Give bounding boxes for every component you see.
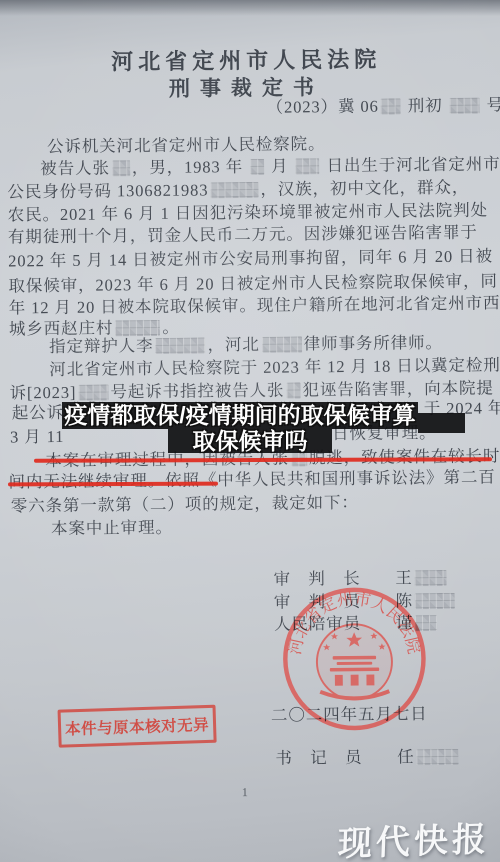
- doc-text: 指定辩护人李: [49, 336, 154, 356]
- doc-line: 有期徒刑十个月，罚金人民币二万元。因涉嫌犯诬告陷害罪于: [0, 218, 498, 243]
- doc-text: ，河北: [207, 335, 259, 355]
- redaction-mosaic: [450, 98, 480, 114]
- doc-text: 本案中止审理。: [51, 518, 173, 538]
- verification-stamp: 本件与原本核对无异: [58, 705, 217, 748]
- redaction-mosaic: [210, 182, 258, 199]
- doc-line: 零六条第一款第（二）项的规定，裁定如下：: [1, 487, 500, 512]
- doc-line: 公诉机关河北省定州市人民检察院。: [0, 128, 497, 153]
- doc-text: 日出生于河北省定州市，: [321, 154, 500, 175]
- redaction-mosaic: [417, 749, 459, 765]
- news-photo-of-court-ruling: 河北省定州市人民法院 刑事裁定书 （2023）冀 06 刑初 号公诉机关河北省定…: [0, 0, 500, 862]
- verification-stamp-text: 本件与原本核对无异: [65, 713, 210, 740]
- redaction-mosaic: [155, 337, 205, 354]
- doc-line-part: 本案中止审理。: [51, 514, 173, 539]
- doc-line-part: 日恢复审理。: [332, 419, 437, 444]
- doc-line: （2023）冀 06 刑初 号: [0, 91, 497, 116]
- redaction-mosaic: [381, 98, 401, 114]
- doc-text: 3 月 11: [10, 427, 64, 447]
- doc-line-part: （2023）冀 06 刑初 号: [266, 91, 500, 117]
- court-seal: 河北省定州市人民法院: [280, 584, 430, 734]
- doc-text: ，男，1983 年: [132, 157, 248, 177]
- doc-line-part: 2022 年 5 月 14 日被定州市公安局刑事拘留，同年 6 月 20 日被: [8, 242, 493, 271]
- court-document: 河北省定州市人民法院 刑事裁定书 （2023）冀 06 刑初 号公诉机关河北省定…: [0, 0, 500, 862]
- doc-line-part: 起公诉，: [12, 399, 82, 424]
- doc-text: （2023）冀 06: [267, 97, 379, 117]
- redaction-mosaic: [112, 160, 130, 176]
- redaction-mosaic: [291, 450, 307, 466]
- doc-text: 月: [266, 157, 294, 176]
- doc-text: 公民身份号码 1306821983: [7, 180, 208, 201]
- page-number: 1: [242, 785, 248, 800]
- doc-line: 取保候审，2023 年 6 月 20 日被定州市人民检察院取保候审，同: [0, 267, 499, 292]
- doc-text: 书 记 员 任: [275, 747, 414, 767]
- doc-text: ，汉族，初中文化，群众，: [260, 178, 469, 199]
- doc-line: 起公诉，于 2024 年: [0, 394, 500, 419]
- redaction-mosaic: [250, 159, 264, 175]
- doc-line: 河北省定州市人民检察院于 2023 年 12 月 18 日以冀定检刑: [0, 351, 499, 376]
- doc-text: 2022 年 5 月 14 日被定州市公安局刑事拘留，同年 6 月 20 日被: [8, 246, 493, 270]
- doc-text: 于 2024 年: [424, 398, 500, 418]
- doc-line-part: 书 记 员 任: [275, 743, 460, 769]
- doc-line: 公民身份号码 1306821983，汉族，初中文化，群众，: [0, 173, 498, 198]
- doc-text: 号: [481, 95, 500, 114]
- doc-line-part: 3 月 11: [10, 423, 65, 448]
- doc-line-part: 于 2024 年: [424, 394, 500, 419]
- doc-line: 本案中止审理。: [1, 510, 500, 535]
- doc-line: 指定辩护人李，河北律师事务所律师。: [0, 328, 499, 353]
- doc-text: 刑初: [403, 96, 448, 115]
- doc-line: 农民。2021 年 6 月 1 日因犯污染环境罪被定州市人民法院判处: [0, 196, 498, 221]
- redaction-mosaic: [295, 158, 319, 174]
- doc-line: 间内无法继续审理。依照《中华人民共和国刑事诉讼法》第二百: [0, 463, 500, 488]
- national-emblem-icon: [317, 624, 393, 700]
- doc-line: 3 月 11日恢复审理。: [0, 418, 500, 443]
- doc-text: 律师事务所律师。: [304, 333, 443, 353]
- doc-line: 被告人张，男，1983 年 月 日出生于河北省定州市，: [0, 150, 497, 175]
- doc-text: 起公诉，: [12, 403, 82, 423]
- document-lines: （2023）冀 06 刑初 号公诉机关河北省定州市人民检察院。被告人张，男，19…: [0, 0, 495, 3]
- doc-line: 2022 年 5 月 14 日被定州市公安局刑事拘留，同年 6 月 20 日被: [0, 242, 498, 267]
- doc-text: 被告人张: [40, 158, 110, 178]
- doc-text: 日恢复审理。: [332, 423, 437, 443]
- redaction-mosaic: [262, 336, 302, 352]
